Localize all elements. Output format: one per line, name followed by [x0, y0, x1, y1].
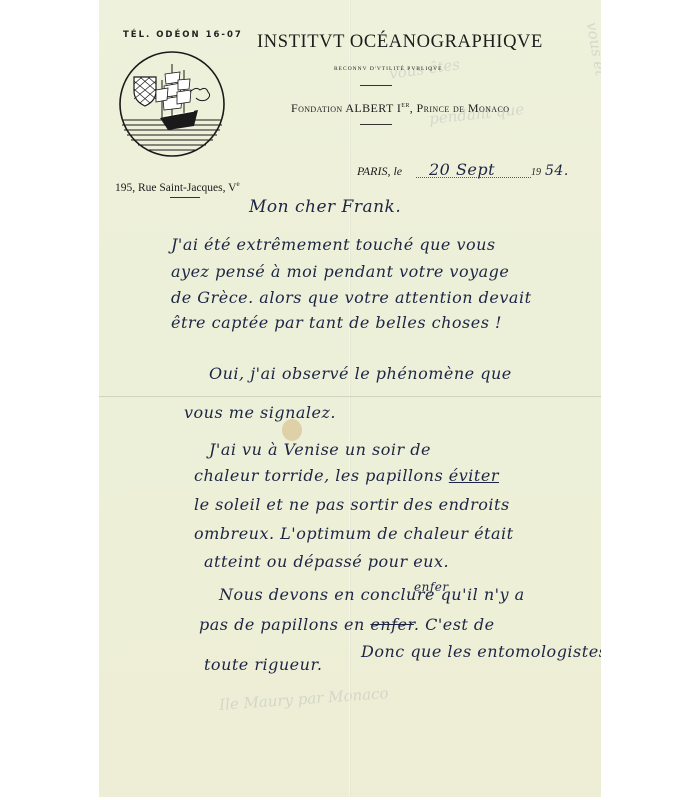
letterhead-divider — [360, 124, 392, 125]
ship-and-shield-emblem-icon — [118, 50, 226, 158]
letter-line: ayez pensé à moi pendant votre voyage — [171, 262, 509, 281]
institution-title: INSTITVT OCÉANOGRAPHIQVE — [257, 32, 543, 53]
horizontal-fold-crease — [99, 396, 601, 398]
letter-line: ombreux. L'optimum de chaleur était — [194, 524, 514, 543]
dateline-city: PARIS, le — [357, 164, 402, 179]
vertical-fold-crease — [349, 0, 351, 797]
letter-line: de Grèce. alors que votre attention deva… — [171, 288, 532, 307]
letter-line: toute rigueur. — [204, 655, 322, 674]
bleed-through-text: vous et — [583, 21, 601, 78]
letter-line: chaleur torride, les papillons éviter — [194, 466, 499, 485]
date-handwritten: 20 Sept — [429, 160, 495, 179]
struck-word: enfer — [370, 615, 414, 634]
telephone-number: TÉL. ODÉON 16-07 — [123, 30, 243, 40]
street-address: 195, Rue Saint-Jacques, Ve — [115, 180, 240, 194]
inserted-word: enfer — [414, 580, 449, 594]
letter-line: Nous devons en conclure qu'il n'y a — [219, 585, 525, 604]
letter-line: Oui, j'ai observé le phénomène que — [209, 364, 512, 383]
letter-line: J'ai été extrêmement touché que vous — [171, 235, 496, 254]
letter-line: vous me signalez. — [184, 403, 336, 422]
letter-line: J'ai vu à Venise un soir de — [209, 440, 431, 459]
salutation: Mon cher Frank. — [249, 197, 401, 217]
recognition-subtitle: RECONNV D'VTILITÉ PVBLIQVE — [334, 66, 442, 72]
paper-stain — [282, 419, 302, 441]
letter-line: être captée par tant de belles choses ! — [171, 313, 502, 332]
letter-line: atteint ou dépassé pour eux. — [204, 552, 449, 571]
letter-line: pas de papillons en enfer. C'est de — [199, 615, 495, 634]
letter-paper: vous êtes pendant que Ile Maury par Mona… — [99, 0, 601, 797]
year-handwritten: 54. — [545, 163, 569, 179]
letter-line: le soleil et ne pas sortir des endroits — [194, 495, 510, 514]
underlined-word-eviter: éviter — [449, 466, 499, 485]
bleed-through-text: Ile Maury par Monaco — [219, 684, 389, 714]
letter-line: Donc que les entomologistes — [361, 642, 601, 661]
foundation-line: Fondation ALBERT Ier, Prince de Monaco — [291, 100, 509, 116]
address-divider — [170, 197, 200, 198]
letterhead-divider — [360, 85, 392, 86]
year-printed: 19 — [531, 167, 541, 178]
